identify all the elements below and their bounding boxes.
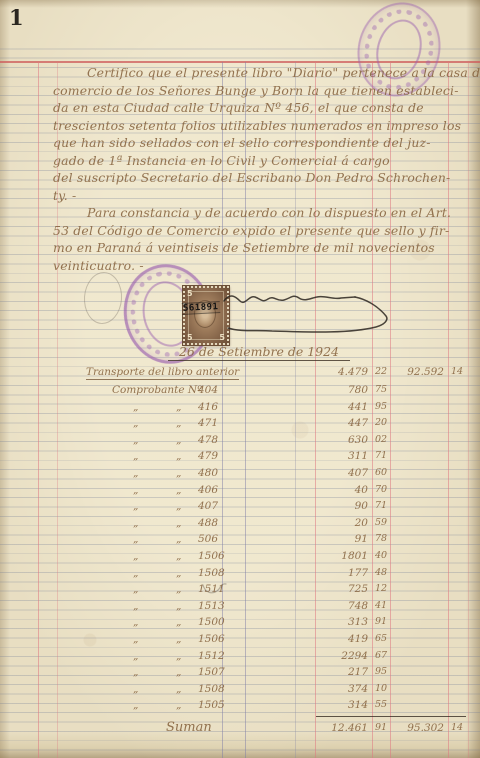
ditto-mark: „ <box>176 417 181 429</box>
ledger-row: „ „ 1506 419 65 <box>0 633 480 649</box>
ledger-row: „ „ 480 407 60 <box>0 467 480 483</box>
ditto-mark: „ <box>133 550 138 562</box>
ledger-row: „ „ 407 90 71 <box>0 500 480 516</box>
voucher-number: 404 <box>198 384 242 396</box>
transport-amount-col1: 4.479 <box>298 366 368 378</box>
ledger-row: „ „ 471 447 20 <box>0 417 480 433</box>
amount-value: 441 <box>298 401 368 413</box>
amount-value: 20 <box>298 517 368 529</box>
voucher-number: 478 <box>198 434 242 446</box>
ditto-mark: „ <box>133 401 138 413</box>
ditto-mark: „ <box>176 450 181 462</box>
ledger-page: 1 Certifico que el presente libro "Diari… <box>0 0 480 758</box>
ditto-mark: „ <box>133 633 138 645</box>
ditto-mark: „ <box>133 699 138 711</box>
transport-amount-col2: 92.592 <box>394 366 444 378</box>
voucher-number: 1506 <box>198 633 242 645</box>
voucher-number: 506 <box>198 533 242 545</box>
ledger-row: „ „ 1512 2294 67 <box>0 650 480 666</box>
total-cents-col1: 91 <box>375 722 391 733</box>
amount-value: 217 <box>298 666 368 678</box>
ledger-row: „ „ 1505 314 55 <box>0 699 480 715</box>
amount-cents: 78 <box>375 533 391 544</box>
amount-cents: 70 <box>375 484 391 495</box>
amount-cents: 10 <box>375 683 391 694</box>
ditto-mark: „ <box>176 683 181 695</box>
ditto-mark: „ <box>133 500 138 512</box>
voucher-number: 479 <box>198 450 242 462</box>
ditto-mark: „ <box>133 583 138 595</box>
ledger-row: „ „ 478 630 02 <box>0 434 480 450</box>
amount-cents: 95 <box>375 401 391 412</box>
voucher-number: 1507 <box>198 666 242 678</box>
amount-value: 630 <box>298 434 368 446</box>
voucher-number: 471 <box>198 417 242 429</box>
ditto-mark: „ <box>133 517 138 529</box>
amount-value: 374 <box>298 683 368 695</box>
total-amount-col2: 95.302 <box>394 722 444 734</box>
voucher-number: 1508 <box>198 683 242 695</box>
ditto-mark: „ <box>133 450 138 462</box>
ditto-mark: „ <box>133 567 138 579</box>
amount-cents: 40 <box>375 550 391 561</box>
ditto-mark: „ <box>176 666 181 678</box>
ledger-row: „ „ 1513 748 41 <box>0 600 480 616</box>
ditto-mark: „ <box>176 484 181 496</box>
ditto-mark: „ <box>176 517 181 529</box>
ledger-row: „ „ 1511 725 12 <box>0 583 480 599</box>
ditto-mark: „ <box>176 583 181 595</box>
ditto-mark: „ <box>133 484 138 496</box>
total-amount-col1: 12.461 <box>298 722 368 734</box>
ditto-mark: „ <box>133 533 138 545</box>
amount-value: 748 <box>298 600 368 612</box>
ditto-mark: „ <box>176 567 181 579</box>
amount-cents: 71 <box>375 450 391 461</box>
amount-cents: 12 <box>375 583 391 594</box>
total-row: 12.461 91 95.302 14 <box>0 722 480 738</box>
ditto-mark: „ <box>133 600 138 612</box>
amount-cents: 59 <box>375 517 391 528</box>
transport-cents-col2: 14 <box>451 366 469 377</box>
ledger-row: „ „ 416 441 95 <box>0 401 480 417</box>
voucher-number: 407 <box>198 500 242 512</box>
amount-cents: 55 <box>375 699 391 710</box>
amount-value: 2294 <box>298 650 368 662</box>
amount-cents: 75 <box>375 384 391 395</box>
amount-cents: 60 <box>375 467 391 478</box>
voucher-number: 1505 <box>198 699 242 711</box>
ditto-mark: „ <box>133 434 138 446</box>
voucher-number: 406 <box>198 484 242 496</box>
voucher-number: 1513 <box>198 600 242 612</box>
amount-value: 40 <box>298 484 368 496</box>
voucher-number: 1506 <box>198 550 242 562</box>
total-separator-rule <box>316 716 466 717</box>
ledger-row: „ „ 488 20 59 <box>0 517 480 533</box>
ledger-row: „ „ 1507 217 95 <box>0 666 480 682</box>
voucher-number: 416 <box>198 401 242 413</box>
voucher-number: 1508 <box>198 567 242 579</box>
amount-cents: 95 <box>375 666 391 677</box>
ledger-row: „ „ 1508 374 10 <box>0 683 480 699</box>
amount-cents: 65 <box>375 633 391 644</box>
amount-value: 90 <box>298 500 368 512</box>
ditto-mark: „ <box>176 434 181 446</box>
ditto-mark: „ <box>176 550 181 562</box>
voucher-number: 1500 <box>198 616 242 628</box>
ditto-mark: „ <box>176 600 181 612</box>
total-label: Suman <box>166 720 212 735</box>
ledger-row: „ „ 1506 1801 40 <box>0 550 480 566</box>
amount-value: 447 <box>298 417 368 429</box>
ledger-row: „ „ 1508 177 48 <box>0 567 480 583</box>
transport-cents-col1: 22 <box>375 366 391 377</box>
amount-value: 1801 <box>298 550 368 562</box>
voucher-number: 1511 <box>198 583 242 595</box>
ditto-mark: „ <box>176 467 181 479</box>
date-line: 26 de Setiembre de 1924 <box>168 344 350 361</box>
amount-value: 407 <box>298 467 368 479</box>
voucher-label: Comprobante Nº <box>112 384 202 396</box>
ditto-mark: „ <box>133 467 138 479</box>
ditto-mark: „ <box>176 500 181 512</box>
transport-row: Transporte del libro anterior 4.479 22 9… <box>0 366 480 382</box>
ledger-row: „ „ 479 311 71 <box>0 450 480 466</box>
ditto-mark: „ <box>176 401 181 413</box>
ditto-mark: „ <box>176 616 181 628</box>
ledger-row: „ „ 1500 313 91 <box>0 616 480 632</box>
amount-value: 91 <box>298 533 368 545</box>
voucher-number: 1512 <box>198 650 242 662</box>
amount-cents: 48 <box>375 567 391 578</box>
amount-value: 313 <box>298 616 368 628</box>
total-cents-col2: 14 <box>451 722 469 733</box>
ditto-mark: „ <box>176 533 181 545</box>
ledger-row: „ „ 406 40 70 <box>0 484 480 500</box>
amount-cents: 41 <box>375 600 391 611</box>
ditto-mark: „ <box>133 683 138 695</box>
ledger-row: „ „ 506 91 78 <box>0 533 480 549</box>
amount-cents: 20 <box>375 417 391 428</box>
ditto-mark: „ <box>176 633 181 645</box>
amount-cents: 02 <box>375 434 391 445</box>
ditto-mark: „ <box>176 699 181 711</box>
amount-value: 314 <box>298 699 368 711</box>
ditto-mark: „ <box>133 616 138 628</box>
ditto-mark: „ <box>133 666 138 678</box>
amount-value: 419 <box>298 633 368 645</box>
amount-cents: 91 <box>375 616 391 627</box>
amount-value: 780 <box>298 384 368 396</box>
ditto-mark: „ <box>133 650 138 662</box>
ditto-mark: „ <box>176 650 181 662</box>
transport-label: Transporte del libro anterior <box>86 366 239 380</box>
voucher-number: 480 <box>198 467 242 479</box>
amount-value: 311 <box>298 450 368 462</box>
amount-cents: 67 <box>375 650 391 661</box>
amount-value: 725 <box>298 583 368 595</box>
voucher-number: 488 <box>198 517 242 529</box>
amount-value: 177 <box>298 567 368 579</box>
ditto-mark: „ <box>133 417 138 429</box>
ledger-row: Comprobante Nº 404 780 75 <box>0 384 480 400</box>
amount-cents: 71 <box>375 500 391 511</box>
